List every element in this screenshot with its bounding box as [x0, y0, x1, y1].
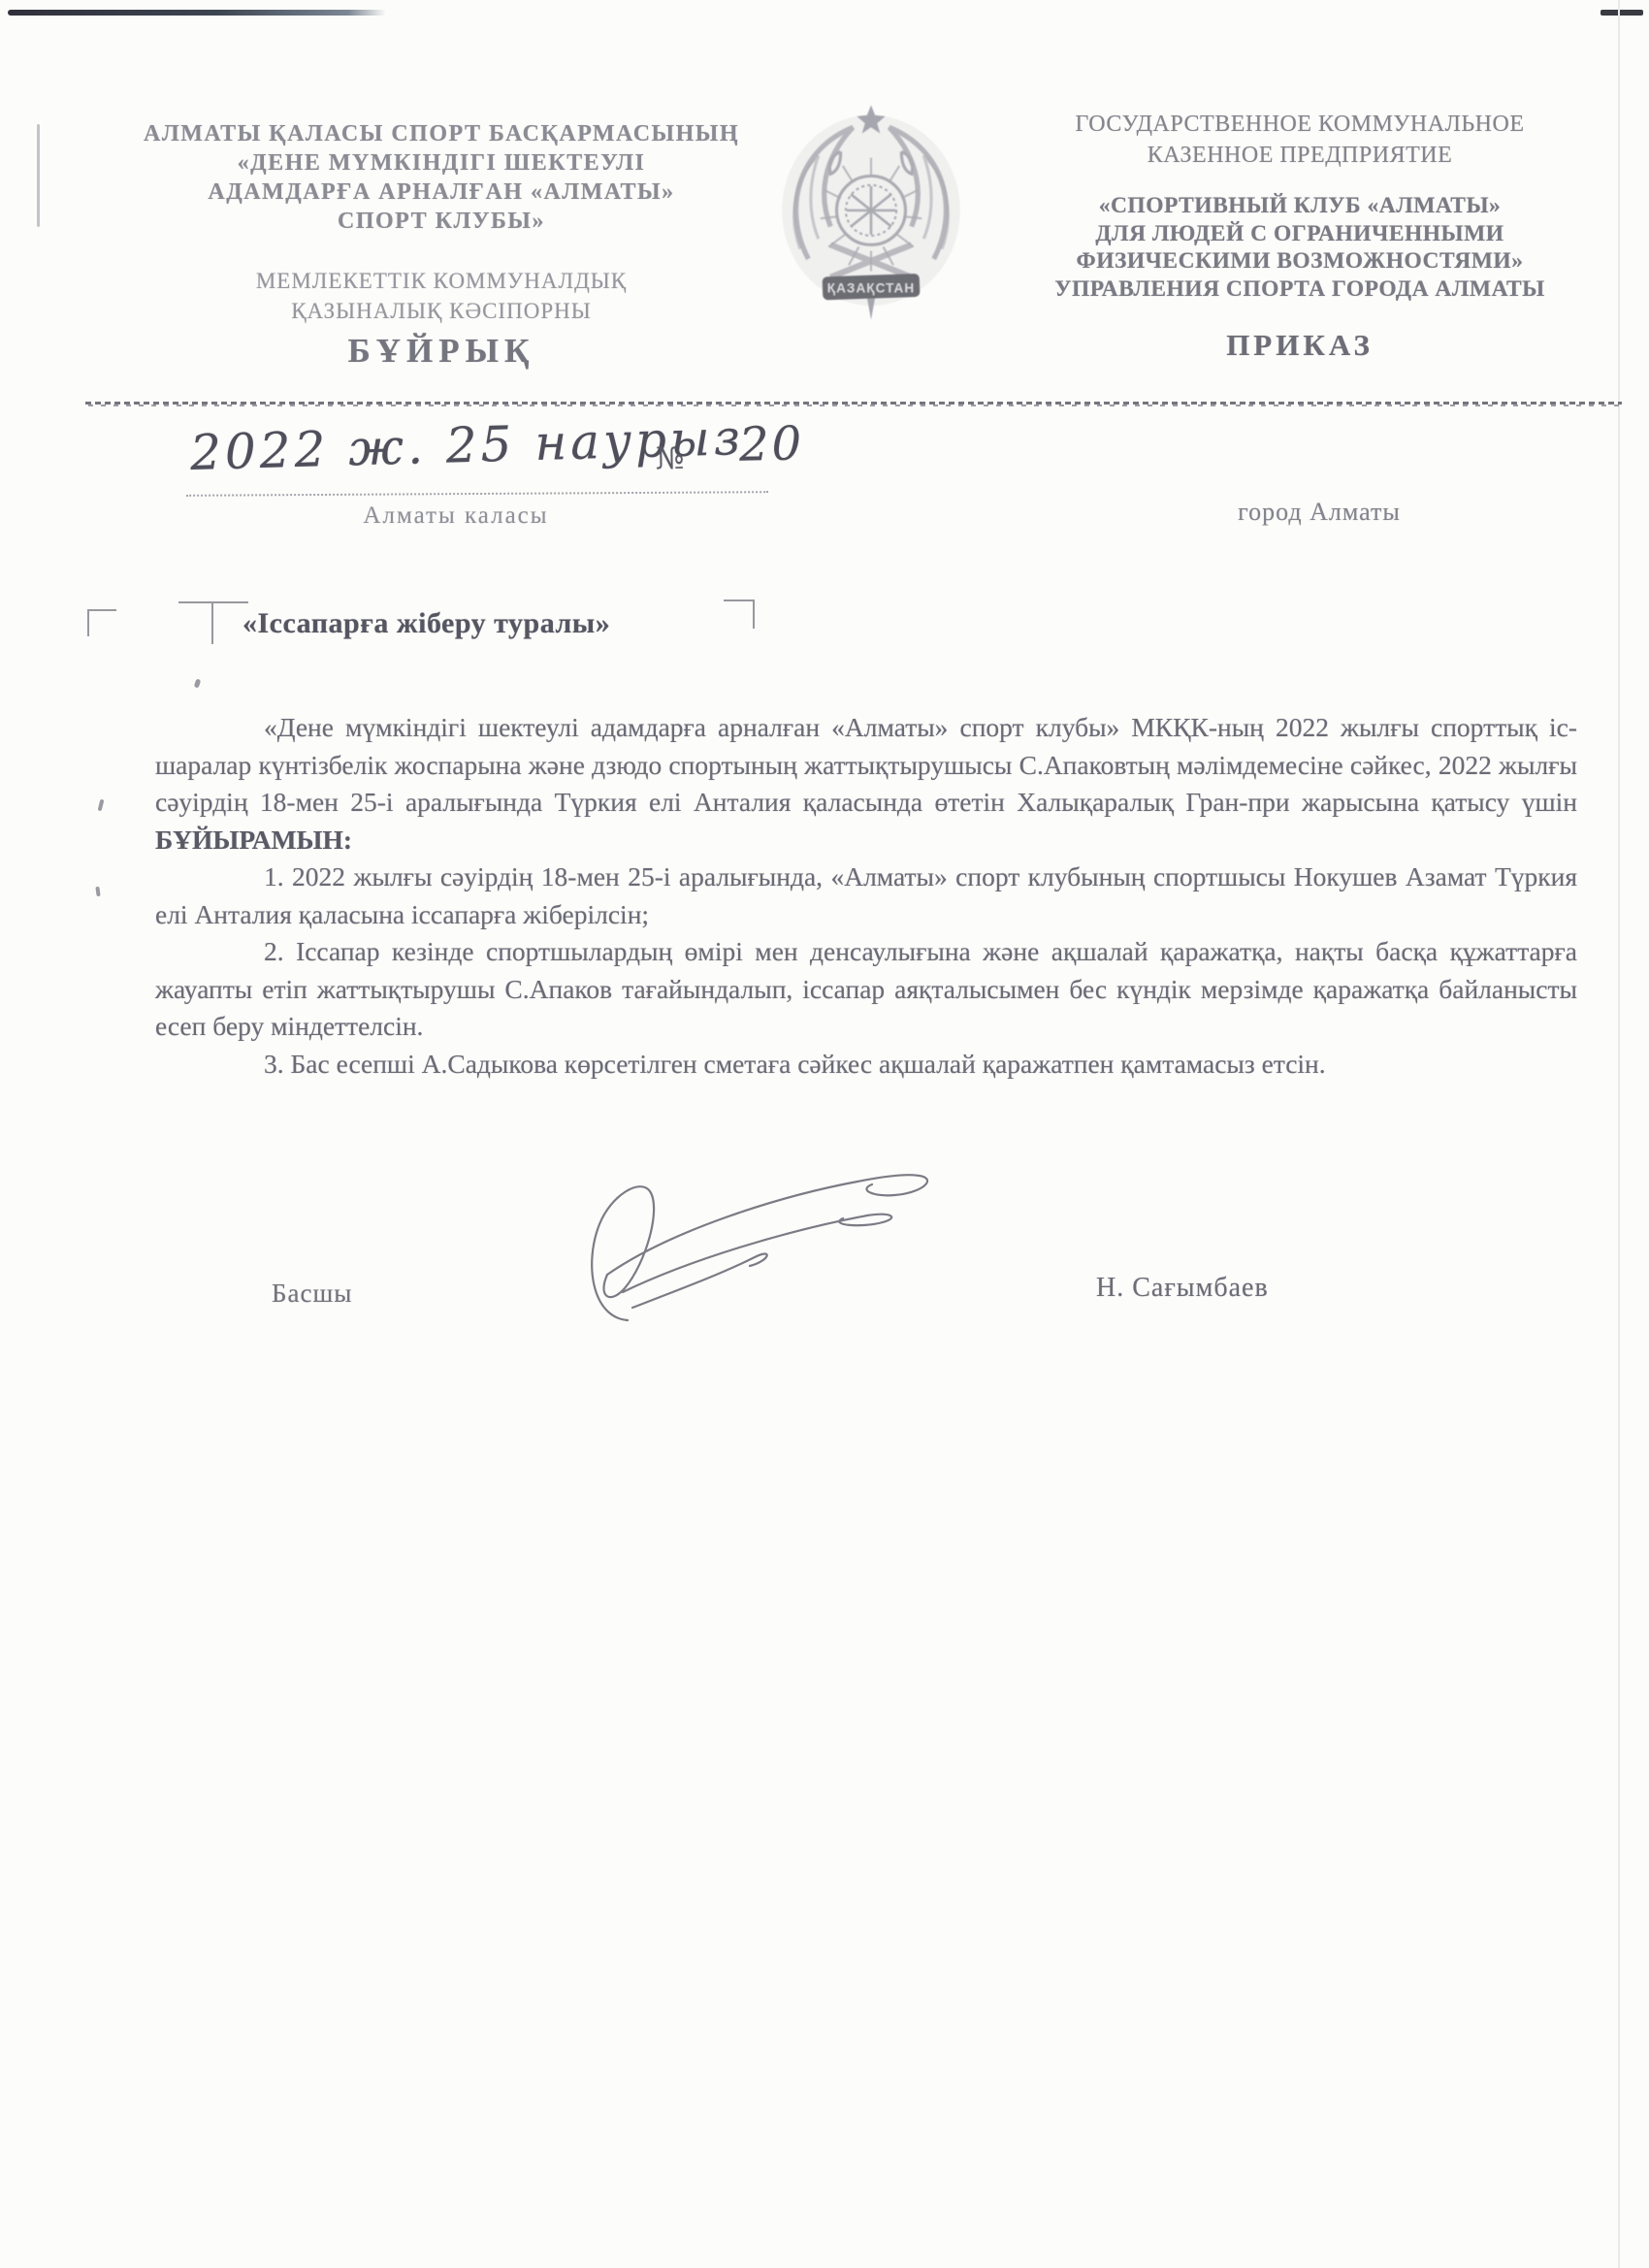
corner-mark: [211, 601, 213, 644]
scanned-order-document: АЛМАТЫ ҚАЛАСЫ СПОРТ БАСҚАРМАСЫНЫҢ «ДЕНЕ …: [0, 0, 1649, 2268]
signature-name: Н. Сағымбаев: [1096, 1273, 1269, 1304]
place-russian: город Алматы: [1164, 498, 1474, 527]
document-title: «Іссапарға жіберу туралы»: [242, 607, 610, 640]
corner-mark: [87, 609, 89, 636]
scan-artifact-top-right-dash: [1600, 10, 1643, 16]
scan-speck: [194, 678, 202, 688]
letterhead-kazakh-org: АЛМАТЫ ҚАЛАСЫ СПОРТ БАСҚАРМАСЫНЫҢ «ДЕНЕ …: [144, 119, 739, 236]
corner-mark: [753, 599, 755, 629]
letterhead-russian-org: «СПОРТИВНЫЙ КЛУБ «АЛМАТЫ» ДЛЯ ЛЮДЕЙ С ОГ…: [1009, 192, 1591, 303]
scan-artifact-top-left-line: [8, 10, 386, 16]
corner-mark: [87, 609, 116, 611]
org-line: «СПОРТИВНЫЙ КЛУБ «АЛМАТЫ»: [1009, 192, 1591, 220]
doc-type-russian: ПРИКАЗ: [1009, 328, 1591, 363]
org-type-line: КАЗЕННОЕ ПРЕДПРИЯТИЕ: [1009, 140, 1591, 171]
dateline-dotted-underline: [186, 452, 768, 497]
org-type-line: ҚАЗЫНАЛЫҚ КӘСІПОРНЫ: [144, 296, 739, 326]
body-paragraph-item-3: 3. Бас есепші А.Садыкова көрсетілген сме…: [155, 1046, 1577, 1084]
org-line: ФИЗИЧЕСКИМИ ВОЗМОЖНОСТЯМИ»: [1009, 247, 1591, 275]
scan-speck: [95, 887, 100, 896]
scan-artifact-right-edge-line: [1618, 0, 1620, 2268]
letterhead-russian-org-type: ГОСУДАРСТВЕННОЕ КОММУНАЛЬНОЕ КАЗЕННОЕ ПР…: [1009, 109, 1591, 171]
letterhead-kazakh-org-type: МЕМЛЕКЕТТІК КОММУНАЛДЫҚ ҚАЗЫНАЛЫҚ КӘСІПО…: [144, 266, 739, 326]
document-body: «Дене мүмкіндігі шектеулі адамдарға арна…: [155, 709, 1577, 1083]
org-line: ДЛЯ ЛЮДЕЙ С ОГРАНИЧЕННЫМИ: [1009, 220, 1591, 248]
body-paragraph-item-1: 1. 2022 жылғы сәуірдің 18-мен 25-і аралы…: [155, 859, 1577, 933]
body-paragraph-preamble: «Дене мүмкіндігі шектеулі адамдарға арна…: [155, 709, 1577, 859]
body-paragraph-item-2: 2. Іссапар кезінде спортшылардың өмірі м…: [155, 933, 1577, 1046]
preamble-text: «Дене мүмкіндігі шектеулі адамдарға арна…: [155, 712, 1577, 817]
org-line: СПОРТ КЛУБЫ»: [144, 207, 739, 236]
signature-role-label: Басшы: [272, 1279, 352, 1309]
org-type-line: МЕМЛЕКЕТТІК КОММУНАЛДЫҚ: [144, 266, 739, 296]
doc-type-kazakh: БҰЙРЫҚ: [144, 332, 739, 371]
order-verb-bold: БҰЙЫРАМЫН:: [155, 825, 352, 855]
emblem-banner-text: ҚАЗАҚСТАН: [827, 280, 915, 295]
scan-speck: [98, 799, 105, 812]
corner-mark: [178, 601, 248, 603]
org-line: «ДЕНЕ МҮМКІНДІГІ ШЕКТЕУЛІ: [144, 148, 739, 178]
header-separator-rule: [85, 402, 1622, 406]
corner-mark: [724, 599, 755, 601]
scan-artifact-left-edge-line: [37, 124, 40, 227]
place-kazakh: Алматы каласы: [291, 502, 621, 530]
org-line: АЛМАТЫ ҚАЛАСЫ СПОРТ БАСҚАРМАСЫНЫҢ: [144, 119, 739, 148]
org-line: АДАМДАРҒА АРНАЛҒАН «АЛМАТЫ»: [144, 178, 739, 207]
kazakhstan-coat-of-arms-icon: ҚАЗАҚСТАН: [769, 97, 973, 330]
handwritten-signature: [535, 1170, 953, 1335]
org-type-line: ГОСУДАРСТВЕННОЕ КОММУНАЛЬНОЕ: [1009, 109, 1591, 140]
org-line: УПРАВЛЕНИЯ СПОРТА ГОРОДА АЛМАТЫ: [1009, 275, 1591, 304]
